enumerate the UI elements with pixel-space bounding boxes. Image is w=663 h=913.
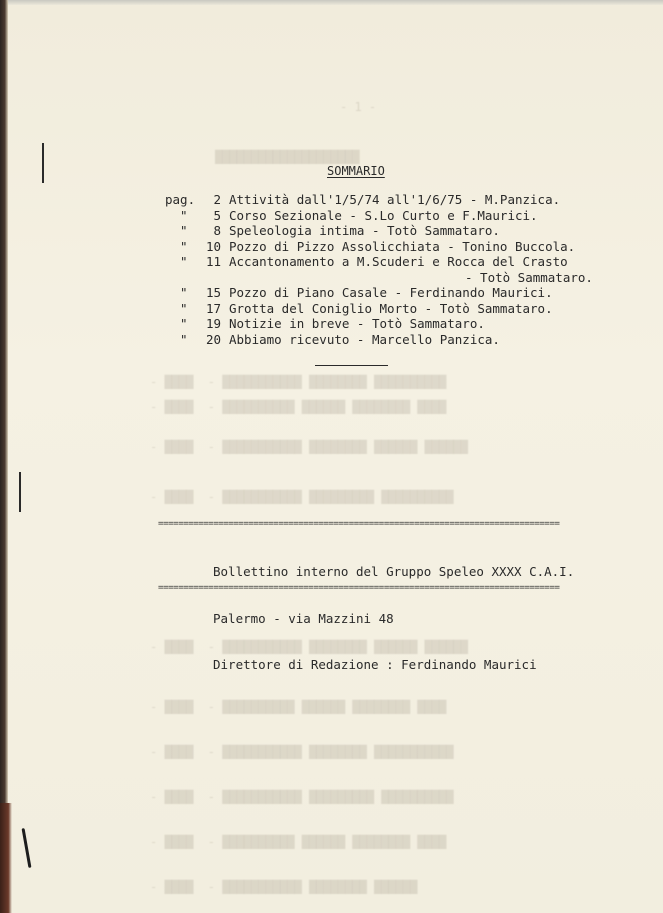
- margin-mark: [42, 143, 44, 183]
- toc-title: Notizie in breve - Totò Sammataro.: [229, 316, 485, 332]
- bleed-through: - 1 -: [340, 100, 376, 114]
- toc-title: Attività dall'1/5/74 all'1/6/75 - M.Panz…: [229, 192, 560, 208]
- toc-page-number: 5: [201, 208, 221, 224]
- toc-prefix: ": [165, 332, 201, 348]
- toc-prefix: ": [165, 254, 201, 270]
- bleed-through: - ████ - ███████████ ████████ ██████ ███…: [150, 440, 468, 454]
- divider: [315, 365, 388, 366]
- toc-prefix: ": [165, 316, 201, 332]
- page-corner-shadow: [0, 803, 12, 913]
- toc-page-number: 17: [201, 301, 221, 317]
- toc-entry: "8Speleologia intima - Totò Sammataro.: [165, 223, 593, 239]
- toc-prefix: ": [165, 285, 201, 301]
- margin-mark: [19, 472, 21, 512]
- toc-entry: "11Accantonamento a M.Scuderi e Rocca de…: [165, 254, 593, 270]
- colophon-line: Palermo - via Mazzini 48: [213, 611, 574, 627]
- separator-line-top: ========================================…: [158, 521, 604, 528]
- colophon-line: Bollettino interno del Gruppo Speleo XXX…: [213, 564, 574, 580]
- page-binding-edge: [0, 0, 8, 913]
- toc-page-number: 19: [201, 316, 221, 332]
- bleed-through: - ████ - ██████████ ██████ ████████ ████: [150, 400, 446, 414]
- toc-page-number: 10: [201, 239, 221, 255]
- toc-prefix: ": [165, 239, 201, 255]
- toc-title: Pozzo di Pizzo Assolicchiata - Tonino Bu…: [229, 239, 575, 255]
- toc-title: Corso Sezionale - S.Lo Curto e F.Maurici…: [229, 208, 538, 224]
- toc-page-number: 20: [201, 332, 221, 348]
- toc-page-number: 8: [201, 223, 221, 239]
- toc-page-number: 2: [201, 192, 221, 208]
- page-top-edge: [8, 0, 663, 5]
- bleed-through: - ████ - ███████████ ████████ ██████████: [150, 375, 446, 389]
- toc-entry: "5Corso Sezionale - S.Lo Curto e F.Mauri…: [165, 208, 593, 224]
- bleed-through: ████████████████████: [215, 150, 360, 164]
- separator-line-bottom: ========================================…: [158, 585, 604, 592]
- margin-mark: [22, 828, 32, 868]
- toc-title: Accantonamento a M.Scuderi e Rocca del C…: [229, 254, 568, 270]
- toc-title-continuation: - Totò Sammataro.: [165, 270, 593, 286]
- bleed-through: - ████ - ███████████ ████████ ██████████…: [150, 745, 453, 759]
- toc-entry: "17Grotta del Coniglio Morto - Totò Samm…: [165, 301, 593, 317]
- page-title: SOMMARIO: [327, 164, 385, 178]
- bleed-through: - ████ - ███████████ █████████ █████████…: [150, 790, 453, 804]
- bleed-through: - ████ - ███████████ ████████ ██████: [150, 880, 417, 894]
- toc-prefix: ": [165, 301, 201, 317]
- toc-entry: pag.2Attività dall'1/5/74 all'1/6/75 - M…: [165, 192, 593, 208]
- toc-title: Abbiamo ricevuto - Marcello Panzica.: [229, 332, 500, 348]
- table-of-contents: pag.2Attività dall'1/5/74 all'1/6/75 - M…: [165, 192, 593, 347]
- toc-page-number: 15: [201, 285, 221, 301]
- toc-entry: "15Pozzo di Piano Casale - Ferdinando Ma…: [165, 285, 593, 301]
- toc-entry: "20Abbiamo ricevuto - Marcello Panzica.: [165, 332, 593, 348]
- colophon-line: Direttore di Redazione : Ferdinando Maur…: [213, 657, 574, 673]
- colophon: Bollettino interno del Gruppo Speleo XXX…: [213, 533, 574, 704]
- bleed-through: - ████ - ██████████ ██████ ████████ ████: [150, 835, 446, 849]
- toc-prefix: ": [165, 208, 201, 224]
- toc-title: Speleologia intima - Totò Sammataro.: [229, 223, 500, 239]
- toc-prefix: ": [165, 223, 201, 239]
- toc-title: Grotta del Coniglio Morto - Totò Sammata…: [229, 301, 553, 317]
- toc-title: Pozzo di Piano Casale - Ferdinando Mauri…: [229, 285, 553, 301]
- scanned-page: - 1 - ████████████████████ - ████ - ████…: [0, 0, 663, 913]
- bleed-through: - ████ - ███████████ █████████ █████████…: [150, 490, 453, 504]
- toc-page-number: 11: [201, 254, 221, 270]
- toc-entry: "19Notizie in breve - Totò Sammataro.: [165, 316, 593, 332]
- toc-entry: "10Pozzo di Pizzo Assolicchiata - Tonino…: [165, 239, 593, 255]
- toc-prefix: pag.: [165, 192, 201, 208]
